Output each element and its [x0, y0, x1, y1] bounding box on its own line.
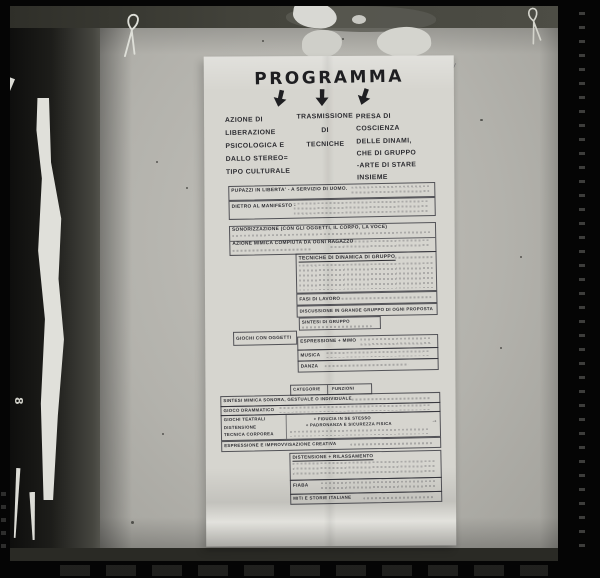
dust-speck [500, 347, 502, 349]
section-miti: MITI E STORIE ITALIANE [290, 491, 442, 505]
scribble-notes [326, 350, 430, 358]
upper-chart: PUPAZZI IN LIBERTA' - A SERVIZIO DI UOMO… [228, 182, 438, 374]
scribble-notes [351, 185, 429, 195]
dust-speck [262, 40, 264, 42]
section-label: GIOCHI CON OGGETTI [236, 335, 291, 341]
section-danza: DANZA [298, 358, 439, 373]
section-label: MITI E STORIE ITALIANE [293, 496, 351, 502]
scribble-line [350, 442, 432, 446]
scribble-line [232, 248, 312, 252]
dust-speck [480, 119, 483, 121]
section-manifesto: DIETRO AL MANIFESTO - [228, 197, 435, 220]
film-edge-marks [1, 492, 6, 556]
photo-scan: FN PROGRAMMA AZIONE DI LIBERAZIONE PSICO… [0, 0, 600, 578]
section-label: GIOCHI TEATRALI [224, 417, 266, 422]
scribble-notes [299, 262, 433, 291]
scribble-line [302, 325, 372, 328]
section-label: DISTENSIONE + RILASSAMENTO [292, 454, 373, 461]
paperclip-icon [116, 11, 149, 62]
column-line: TIPO CULTURALE [226, 165, 298, 179]
section-label: FIABA [293, 483, 309, 488]
section-label: MUSICA [300, 353, 320, 358]
column-trasmissione-di-tecniche: TRASMISSIONE DI TECNICHE [293, 109, 358, 152]
wall-bottom-band [10, 548, 558, 561]
scribble-notes [290, 428, 430, 437]
photograph: FN PROGRAMMA AZIONE DI LIBERAZIONE PSICO… [10, 6, 558, 561]
section-label: ESPRESSIONE + MIMO [300, 339, 356, 345]
dust-speck [186, 187, 188, 189]
divider [327, 385, 328, 394]
column-line: TRASMISSIONE [293, 109, 357, 124]
section-label: ESPRESSIONE E IMPROVVISAZIONE CREATIVA [224, 442, 336, 449]
section-label: CATEGORIE [293, 387, 320, 392]
film-frame-number: 8 [7, 397, 25, 413]
dust-speck [520, 256, 522, 258]
dust-speck [156, 161, 158, 163]
torn-tape-piece [352, 15, 366, 24]
scribble-notes [330, 239, 430, 251]
arrow-down-icon [314, 89, 329, 106]
section-sintesi-gruppo: SINTESI DI GRUPPO [299, 316, 381, 331]
section-label: GIOCO DRAMMATICO [223, 408, 274, 413]
column-line: TECNICHE [293, 137, 357, 152]
section-label: TECNICA CORPOREA [224, 432, 274, 437]
section-tecniche-dinamica: TECNICHE DI DINAMICA DI GRUPPO [296, 251, 438, 294]
poster-content: PROGRAMMA AZIONE DI LIBERAZIONE PSICOLOG… [204, 54, 463, 549]
arrow-down-icon [271, 88, 289, 108]
section-label: FASI DI LAVORO [299, 296, 340, 301]
section-distensione-rilassamento: DISTENSIONE + RILASSAMENTO [289, 450, 442, 481]
column-azione-di-liberazione: AZIONE DI LIBERAZIONE PSICOLOGICA E DALL… [225, 113, 298, 179]
poster-title: PROGRAMMA [204, 66, 454, 91]
arrow-down-icon [354, 86, 374, 107]
scribble-notes [360, 337, 432, 346]
programma-poster: PROGRAMMA AZIONE DI LIBERAZIONE PSICOLOG… [204, 55, 457, 546]
section-label: PUPAZZI IN LIBERTA' - A SERVIZIO DI UOMO… [231, 188, 347, 195]
lower-chart: CATEGORIE FUNZIONI SINTESI MIMICA SONORA… [220, 381, 440, 507]
section-label: DISTENSIONE [224, 425, 257, 430]
section-label: DIETRO AL MANIFESTO - [232, 205, 296, 211]
scribble-line [363, 496, 433, 499]
column-line: DI [293, 123, 357, 138]
dust-speck [162, 433, 164, 435]
dust-speck [342, 38, 344, 40]
section-label: FUNZIONI [332, 387, 354, 392]
section-label: DANZA [301, 364, 319, 369]
section-label: + PADRONANZA E SICUREZZA FISICA [306, 422, 392, 428]
divider [286, 415, 287, 439]
scribble-notes [321, 480, 437, 491]
column-presa-di-coscienza: PRESA DI COSCIENZA DELLE DINAMI, CHE DI … [356, 110, 441, 185]
wall-top-band [10, 6, 558, 28]
arrow-right-icon: → [431, 418, 437, 424]
scribble-line [325, 364, 409, 368]
section-label: SINTESI DI GRUPPO [302, 320, 350, 325]
adjacent-frame-bleed [60, 565, 548, 576]
film-edge-marks [579, 12, 585, 552]
scribble-notes [294, 200, 430, 215]
scribble-line [395, 256, 433, 259]
scribble-line [341, 296, 431, 300]
section-giochi-oggetti: GIOCHI CON OGGETTI [233, 331, 297, 346]
scribble-notes [293, 460, 437, 477]
scribble-line [351, 397, 431, 401]
dust-speck [131, 521, 134, 524]
section-label: SINTESI MIMICA SONORA, GESTUALE O INDIVI… [223, 397, 352, 404]
section-label: DISCUSSIONE IN GRANDE GRUPPO DI OGNI PRO… [300, 307, 434, 314]
section-label: TECNICHE DI DINAMICA DI GRUPPO [299, 255, 396, 263]
